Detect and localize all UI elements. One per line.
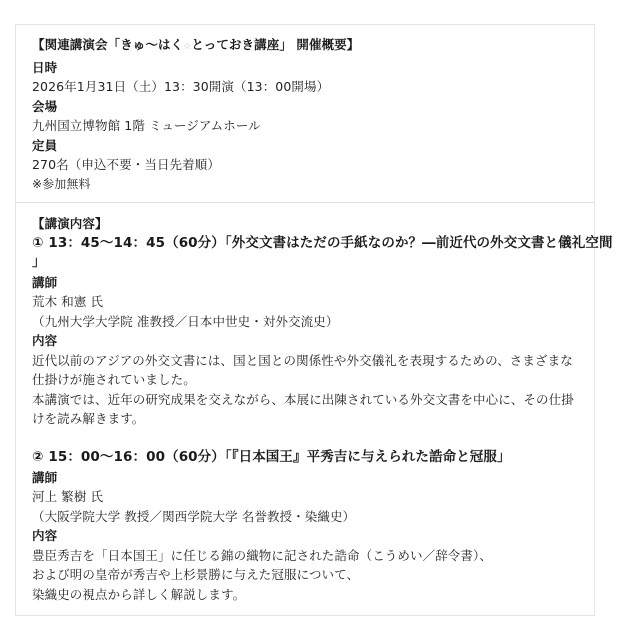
lecture-2: ② 15：00〜16：00（60分）「『日本国王』平秀吉に与えられた誥命と冠服」… [32,448,578,604]
lecture-1-heading-wrap: 」 [32,253,578,273]
lecture-2-content-line: 豊臣秀吉を「日本国王」に任じる錦の織物に記された誥命（こうめい／辞令書）、 [32,546,578,566]
spacer [32,429,578,449]
overview-title: 【関連講演会「きゅ〜はく☆とっておき講座」 開催概要】 [32,35,578,58]
lecture-2-lecturer-label: 講師 [32,468,578,488]
overview-section: 【関連講演会「きゅ〜はく☆とっておき講座」 開催概要】 日時 2026年1月31… [16,25,594,203]
lecture-1-lecturer-name: 荒木 和憲 氏 [32,292,578,312]
lecture-1-content-line: 仕掛けが施されていました。 [32,370,578,390]
fee-note: ※参加無料 [32,175,578,195]
lecture-2-content-line: および明の皇帝が秀吉や上杉景勝に与えた冠服について、 [32,565,578,585]
venue-label: 会場 [32,97,578,117]
capacity-value: 270名（申込不要・当日先着順） [32,155,578,175]
event-info-panel: 【関連講演会「きゅ〜はく☆とっておき講座」 開催概要】 日時 2026年1月31… [15,24,595,616]
lecture-2-content-label: 内容 [32,526,578,546]
venue-value: 九州国立博物館 1階 ミュージアムホール [32,116,578,136]
lecture-1-heading: ① 13：45〜14：45（60分）「外交文書はただの手紙なのか？―前近代の外交… [32,234,578,254]
lecture-1-content-label: 内容 [32,331,578,351]
capacity-label: 定員 [32,136,578,156]
lecture-2-content-line: 染織史の視点から詳しく解説します。 [32,585,578,605]
lecture-1-content-line: 本講演では、近年の研究成果を交えながら、本展に出陳されている外交文書を中心に、そ… [32,390,578,410]
lecture-2-lecturer-name: 河上 繁樹 氏 [32,487,578,507]
lecture-1-content-line: 近代以前のアジアの外交文書には、国と国との関係性や外交儀礼を表現するための、さま… [32,351,578,371]
datetime-label: 日時 [32,58,578,78]
lecture-1: ① 13：45〜14：45（60分）「外交文書はただの手紙なのか？―前近代の外交… [32,234,578,429]
datetime-value: 2026年1月31日（土）13：30開演（13：00開場） [32,77,578,97]
program-heading: 【講演内容】 [32,214,578,234]
lecture-2-heading: ② 15：00〜16：00（60分）「『日本国王』平秀吉に与えられた誥命と冠服」 [32,448,578,468]
lecture-2-lecturer-affiliation: （大阪学院大学 教授／関西学院大学 名誉教授・染織史） [32,507,578,527]
lecture-1-content-line: けを読み解きます。 [32,409,578,429]
lecture-1-lecturer-affiliation: （九州大学大学院 准教授／日本中世史・対外交流史） [32,312,578,332]
lecture-1-lecturer-label: 講師 [32,273,578,293]
program-section: 【講演内容】 ① 13：45〜14：45（60分）「外交文書はただの手紙なのか？… [16,203,594,614]
